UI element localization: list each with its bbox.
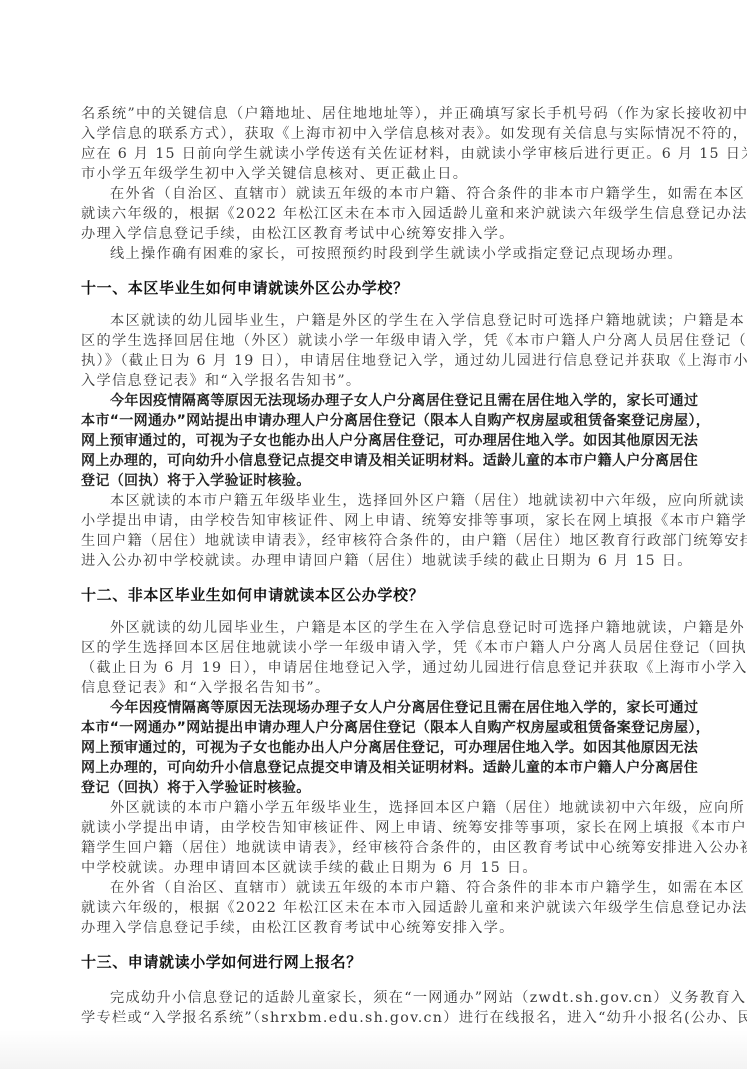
bold-paragraph-line: 今年因疫情隔离等原因无法现场办理子女人户分离居住登记且需在居住地入学的，家长可通… [81, 698, 671, 718]
paragraph-line: 入学信息登记表》和“入学报名告知书”。 [81, 371, 671, 391]
bold-paragraph-line: 登记（回执）将于入学验证时核验。 [81, 471, 671, 491]
paragraph-line: 区的学生选择回居住地（外区）就读小学一年级申请入学，凭《本市户籍人户分离人员居住… [81, 331, 671, 351]
section-heading-12: 十二、非本区毕业生如何申请就读本区公办学校？ [81, 585, 671, 605]
bold-paragraph-line: 本市“一网通办”网站提出申请办理人户分离居住登记（限本人自购产权房屋或租赁备案登… [81, 718, 671, 738]
paragraph-line: 本区就读的本市户籍五年级毕业生，选择回外区户籍（居住）地就读初中六年级，应向所就… [81, 491, 671, 511]
paragraph-line: 中学校就读。办理申请回本区就读手续的截止日期为 6 月 15 日。 [81, 858, 671, 878]
paragraph-line: 执）》（截止日为 6 月 19 日），申请居住地登记入学，通过幼儿园进行信息登记… [81, 351, 671, 371]
paragraph-line: 籍学生回户籍（居住）地就读申请表》，经审核符合条件的，由区教育考试中心统筹安排进… [81, 838, 671, 858]
paragraph-line: 外区就读的本市户籍小学五年级毕业生，选择回本区户籍（居住）地就读初中六年级，应向… [81, 798, 671, 818]
paragraph-line: 办理入学信息登记手续，由松江区教育考试中心统筹安排入学。 [81, 918, 671, 938]
paragraph-line: 市小学五年级学生初中入学关键信息核对、更正截止日。 [81, 164, 671, 184]
document-body: 名系统”中的关键信息（户籍地址、居住地地址等），并正确填写家长手机号码（作为家长… [81, 104, 671, 1028]
bold-paragraph-line: 网上办理的，可向幼升小信息登记点提交申请及相关证明材料。适龄儿童的本市户籍人户分… [81, 758, 671, 778]
bold-paragraph-line: 今年因疫情隔离等原因无法现场办理子女人户分离居住登记且需在居住地入学的，家长可通… [81, 391, 671, 411]
paragraph-line: 完成幼升小信息登记的适龄儿童家长，须在“一网通办”网站（zwdt.sh.gov.… [81, 988, 671, 1008]
bold-paragraph-line: 网上预审通过的，可视为子女也能办出人户分离居住登记，可办理居住地入学。如因其他原… [81, 738, 671, 758]
paragraph-line: （截止日为 6 月 19 日），申请居住地登记入学，通过幼儿园进行信息登记并获取… [81, 658, 671, 678]
paragraph-line: 区的学生选择回本区居住地就读小学一年级申请入学，凭《本市户籍人户分离人员居住登记… [81, 638, 671, 658]
bold-paragraph-line: 网上预审通过的，可视为子女也能办出人户分离居住登记，可办理居住地入学。如因其他原… [81, 431, 671, 451]
paragraph-line: 应在 6 月 15 日前向学生就读小学传送有关佐证材料，由就读小学审核后进行更正… [81, 144, 671, 164]
paragraph-line: 信息登记表》和“入学报名告知书”。 [81, 678, 671, 698]
paragraph-line: 就读六年级的，根据《2022 年松江区未在本市入园适龄儿童和来沪就读六年级学生信… [81, 204, 671, 224]
section-heading-11: 十一、本区毕业生如何申请就读外区公办学校？ [81, 278, 671, 298]
bold-paragraph-line: 网上办理的，可向幼升小信息登记点提交申请及相关证明材料。适龄儿童的本市户籍人户分… [81, 451, 671, 471]
paragraph-line: 就读六年级的，根据《2022 年松江区未在本市入园适龄儿童和来沪就读六年级学生信… [81, 898, 671, 918]
paragraph-line: 线上操作确有困难的家长，可按照预约时段到学生就读小学或指定登记点现场办理。 [81, 244, 671, 264]
section-heading-13: 十三、申请就读小学如何进行网上报名？ [81, 952, 671, 972]
document-page: 名系统”中的关键信息（户籍地址、居住地地址等），并正确填写家长手机号码（作为家长… [0, 0, 747, 1069]
paragraph-line: 在外省（自治区、直辖市）就读五年级的本市户籍、符合条件的非本市户籍学生，如需在本… [81, 878, 671, 898]
paragraph-line: 进入公办初中学校就读。办理申请回户籍（居住）地就读手续的截止日期为 6 月 15… [81, 551, 671, 571]
bold-paragraph-line: 本市“一网通办”网站提出申请办理人户分离居住登记（限本人自购产权房屋或租赁备案登… [81, 411, 671, 431]
paragraph-line: 办理入学信息登记手续，由松江区教育考试中心统筹安排入学。 [81, 224, 671, 244]
paragraph-line: 学专栏或“入学报名系统”（shrxbm.edu.sh.gov.cn）进行在线报名… [81, 1008, 671, 1028]
paragraph-line: 入学信息的联系方式），获取《上海市初中入学信息核对表》。如发现有关信息与实际情况… [81, 124, 671, 144]
paragraph-line: 外区就读的幼儿园毕业生，户籍是本区的学生在入学信息登记时可选择户籍地就读，户籍是… [81, 618, 671, 638]
paragraph-line: 本区就读的幼儿园毕业生，户籍是外区的学生在入学信息登记时可选择户籍地就读；户籍是… [81, 311, 671, 331]
paragraph-line: 在外省（自治区、直辖市）就读五年级的本市户籍、符合条件的非本市户籍学生，如需在本… [81, 184, 671, 204]
paragraph-line: 就读小学提出申请，由学校告知审核证件、网上申请、统筹安排等事项，家长在网上填报《… [81, 818, 671, 838]
paragraph-line: 小学提出申请，由学校告知审核证件、网上申请、统筹安排等事项，家长在网上填报《本市… [81, 511, 671, 531]
paragraph-line: 名系统”中的关键信息（户籍地址、居住地地址等），并正确填写家长手机号码（作为家长… [81, 104, 671, 124]
bold-paragraph-line: 登记（回执）将于入学验证时核验。 [81, 778, 671, 798]
paragraph-line: 生回户籍（居住）地就读申请表》，经审核符合条件的，由户籍（居住）地区教育行政部门… [81, 531, 671, 551]
